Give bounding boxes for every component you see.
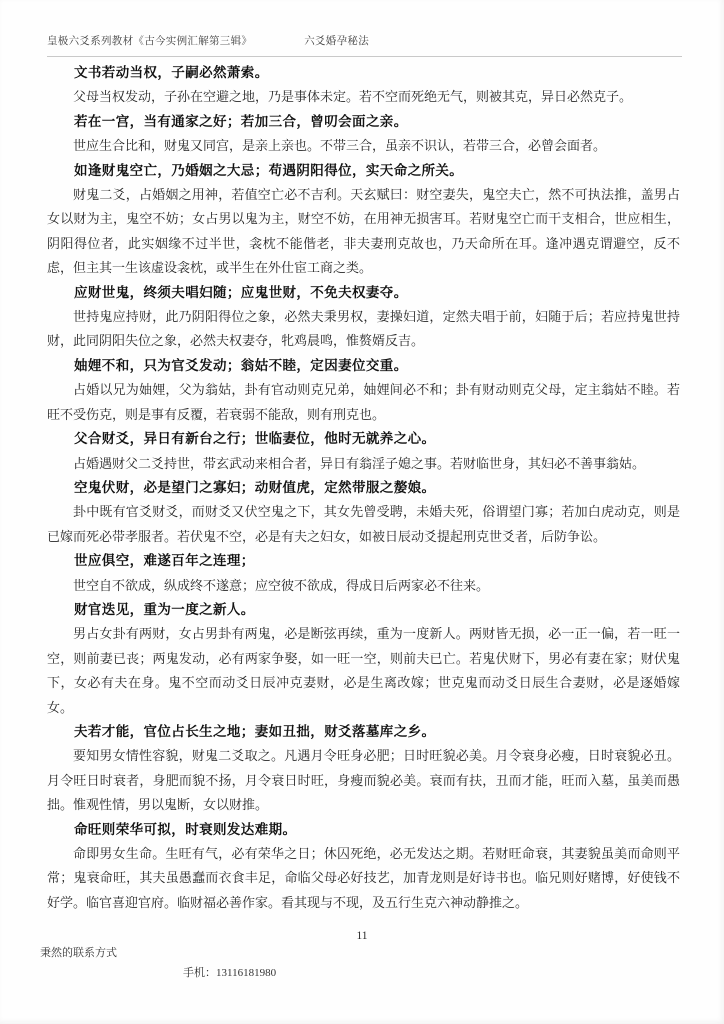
header-series-title: 皇极六爻系列教材《古今实例汇解第三辑》 bbox=[47, 33, 252, 48]
section-heading: 财官迭见，重为一度之新人。 bbox=[47, 598, 680, 622]
section-paragraph: 要知男女情性容貌，财鬼二爻取之。凡遇月令旺身必肥；日时旺貌必美。月令衰身必瘦，日… bbox=[47, 744, 680, 817]
text-section: 命旺则荣华可拟，时衰则发达难期。 命即男女生命。生旺有气，必有荣华之日；休囚死绝… bbox=[47, 818, 680, 916]
section-paragraph: 世应生合比和，财鬼又同宫，是亲上亲也。不带三合，虽亲不识认，若带三合，必曾会面者… bbox=[47, 134, 680, 158]
section-paragraph: 世持鬼应持财，此乃阴阳得位之象，必然夫秉男权，妻操妇道，定然夫唱于前，妇随于后；… bbox=[47, 305, 680, 354]
section-paragraph: 世空自不欲成，纵成终不遂意；应空彼不欲成，得成日后两家必不往来。 bbox=[47, 574, 680, 598]
section-paragraph: 卦中既有官爻财爻，而财爻又伏空鬼之下，其女先曾受聘，未婚夫死，俗谓望门寡；若加白… bbox=[47, 500, 680, 549]
section-paragraph: 占婚遇财父二爻持世，带玄武动来相合者，异日有翁淫子媳之事。若财临世身，其妇必不善… bbox=[47, 452, 680, 476]
section-heading: 若在一宫，当有通家之好；若加三合，曾叨会面之亲。 bbox=[47, 110, 680, 134]
text-section: 世应俱空，难遂百年之连理； 世空自不欲成，纵成终不遂意；应空彼不欲成，得成日后两… bbox=[47, 549, 680, 598]
section-heading: 妯娌不和，只为官爻发动；翁姑不睦，定因妻位交重。 bbox=[47, 354, 680, 378]
section-paragraph: 男占女卦有两财，女占男卦有两鬼，必是断弦再续，重为一度新人。两财皆无损，必一正一… bbox=[47, 622, 680, 720]
document-page: 皇极六爻系列教材《古今实例汇解第三辑》 六爻婚孕秘法 文书若动当权，子嗣必然萧索… bbox=[0, 0, 724, 1024]
page-number: 11 bbox=[0, 930, 724, 942]
document-body: 文书若动当权，子嗣必然萧索。 父母当权发动，子孙在空避之地，乃是事体未定。若不空… bbox=[47, 61, 680, 915]
text-section: 财官迭见，重为一度之新人。 男占女卦有两财，女占男卦有两鬼，必是断弦再续，重为一… bbox=[47, 598, 680, 720]
page-header: 皇极六爻系列教材《古今实例汇解第三辑》 六爻婚孕秘法 bbox=[47, 33, 682, 57]
section-heading: 夫若才能，官位占长生之地；妻如丑拙，财爻落墓库之乡。 bbox=[47, 720, 680, 744]
section-heading: 父合财爻，异日有新台之行；世临妻位，他时无就养之心。 bbox=[47, 427, 680, 451]
section-heading: 命旺则荣华可拟，时衰则发达难期。 bbox=[47, 818, 680, 842]
header-doc-title: 六爻婚孕秘法 bbox=[304, 33, 369, 48]
section-paragraph: 财鬼二爻，占婚姻之用神，若值空亡必不吉利。天玄赋曰：财空妻失，鬼空夫亡，然不可执… bbox=[47, 183, 680, 281]
text-section: 空鬼伏财，必是望门之寡妇；动财值虎，定然带服之嫠娘。 卦中既有官爻财爻，而财爻又… bbox=[47, 476, 680, 549]
section-heading: 世应俱空，难遂百年之连理； bbox=[47, 549, 680, 573]
footer-phone-number: 手机：13116181980 bbox=[183, 964, 276, 980]
section-heading: 文书若动当权，子嗣必然萧索。 bbox=[47, 61, 680, 85]
text-section: 妯娌不和，只为官爻发动；翁姑不睦，定因妻位交重。 占婚以兄为妯娌，父为翁姑，卦有… bbox=[47, 354, 680, 427]
section-paragraph: 父母当权发动，子孙在空避之地，乃是事体未定。若不空而死绝无气，则被其克，异日必然… bbox=[47, 85, 680, 109]
section-heading: 空鬼伏财，必是望门之寡妇；动财值虎，定然带服之嫠娘。 bbox=[47, 476, 680, 500]
text-section: 应财世鬼，终须夫唱妇随；应鬼世财，不免夫权妻夺。 世持鬼应持财，此乃阴阳得位之象… bbox=[47, 281, 680, 354]
section-heading: 应财世鬼，终须夫唱妇随；应鬼世财，不免夫权妻夺。 bbox=[47, 281, 680, 305]
section-paragraph: 命即男女生命。生旺有气，必有荣华之日；休囚死绝，必无发达之期。若财旺命衰，其妻貌… bbox=[47, 842, 680, 915]
section-paragraph: 占婚以兄为妯娌，父为翁姑，卦有官动则克兄弟，妯娌间必不和；卦有财动则克父母，定主… bbox=[47, 378, 680, 427]
text-section: 如逢财鬼空亡，乃婚姻之大忌；苟遇阴阳得位，实天命之所关。 财鬼二爻，占婚姻之用神… bbox=[47, 159, 680, 281]
text-section: 父合财爻，异日有新台之行；世临妻位，他时无就养之心。 占婚遇财父二爻持世，带玄武… bbox=[47, 427, 680, 476]
text-section: 若在一宫，当有通家之好；若加三合，曾叨会面之亲。 世应生合比和，财鬼又同宫，是亲… bbox=[47, 110, 680, 159]
footer-contact-label: 秉然的联系方式 bbox=[40, 944, 276, 960]
page-footer: 秉然的联系方式 手机：13116181980 bbox=[40, 944, 276, 980]
text-section: 夫若才能，官位占长生之地；妻如丑拙，财爻落墓库之乡。 要知男女情性容貌，财鬼二爻… bbox=[47, 720, 680, 818]
text-section: 文书若动当权，子嗣必然萧索。 父母当权发动，子孙在空避之地，乃是事体未定。若不空… bbox=[47, 61, 680, 110]
section-heading: 如逢财鬼空亡，乃婚姻之大忌；苟遇阴阳得位，实天命之所关。 bbox=[47, 159, 680, 183]
